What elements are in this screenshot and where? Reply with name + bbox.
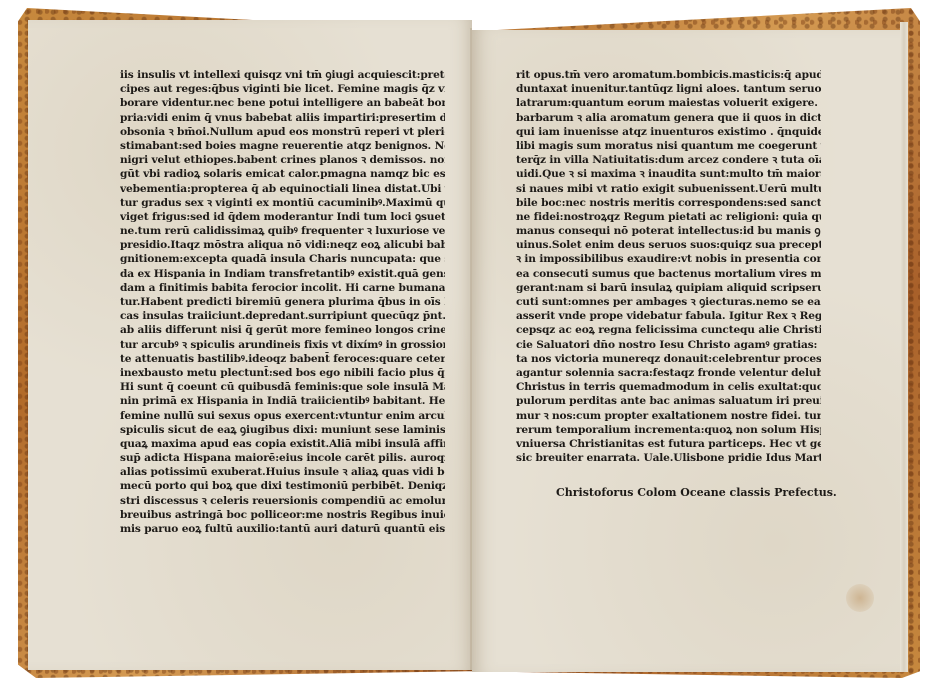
text-line: vebementia:propterea q̄ ab equinoctiali … [120, 182, 445, 196]
text-line: mis paruo eoꝝ fultū auxilio:tantū auri d… [120, 522, 445, 536]
text-line: sic breuiter enarrata. Uale.Ulisbone pri… [516, 451, 821, 465]
text-line: uinus.Solet enim deus seruos suos:quiqz … [516, 238, 821, 252]
text-line: alias potissimū exuberat.Huius insule ꝛ … [120, 465, 445, 479]
text-line: qui iam inuenisse atqz inuenturos existi… [516, 125, 821, 139]
text-line: dam a finitimis babita ferocior incolit.… [120, 281, 445, 295]
text-line: libi magis sum moratus nisi quantum me c… [516, 139, 821, 153]
text-line: cas insulas traiiciunt.depredant.surripi… [120, 309, 445, 323]
text-line: mecū porto qui boꝝ que dixi testimoniū p… [120, 479, 445, 493]
text-line: femine nullū sui sexus opus exercent:vtu… [120, 409, 445, 423]
text-line: nigri velut ethiopes.babent crines plano… [120, 153, 445, 167]
text-line: pria:vidi enim q̄ vnus babebat aliis imp… [120, 111, 445, 125]
text-line: mur ꝛ nos:cum propter exaltationem nostr… [516, 409, 821, 423]
text-line: barbarum ꝛ alia aromatum genera que ii q… [516, 111, 821, 125]
left-page-text: iis insulis vt intellexi quisqz vni tm̄ … [120, 68, 445, 536]
text-line: te attenuatis bastilibꝰ.ideoqz babent̄ f… [120, 352, 445, 366]
text-line: ne.tum rerū calidissimaꝝ quibꝰ frequente… [120, 224, 445, 238]
text-line: ta nos victoria munereqz donauit:celebre… [516, 352, 821, 366]
open-book: iis insulis vt intellexi quisqz vni tm̄ … [0, 0, 948, 698]
text-line: quaꝝ maxima apud eas copia existit.Aliā … [120, 437, 445, 451]
text-line: vniuersa Christianitas est futura partic… [516, 437, 821, 451]
text-line: stri discessus ꝛ celeris reuersionis com… [120, 494, 445, 508]
text-line: tur arcubꝰ ꝛ spiculis arundineis fixis v… [120, 338, 445, 352]
text-line: cie Saluatori dn̄o nostro Iesu Christo a… [516, 338, 821, 352]
text-line: iis insulis vt intellexi quisqz vni tm̄ … [120, 68, 445, 82]
text-line: borare videntur.nec bene potui intellige… [120, 96, 445, 110]
text-line: duntaxat inuenitur.tantūqz ligni aloes. … [516, 82, 821, 96]
text-line: cepsqz ac eoꝝ regna felicissima cunctequ… [516, 323, 821, 337]
right-page-text: rit opus.tm̄ vero aromatum.bombicis.mast… [516, 68, 821, 465]
text-line: ne fidei:nostroꝝqz Regum pietati ac reli… [516, 210, 821, 224]
text-line: Hi sunt q̄ coeunt cū quibusdā feminis:qu… [120, 380, 445, 394]
text-line: da ex Hispania in Indiam transfretantibꝰ… [120, 267, 445, 281]
text-line: tur.Habent predicti biremiū genera pluri… [120, 295, 445, 309]
text-line: gnitionem:excepta quadā insula Charis nu… [120, 252, 445, 266]
text-line: cipes aut reges:q̄bus viginti bie licet.… [120, 82, 445, 96]
signature-line: Christoforus Colom Oceane classis Prefec… [556, 486, 837, 499]
text-line: rerum temporalium incrementa:quoꝝ non so… [516, 423, 821, 437]
text-line: nin primā ex Hispania in Indiā traiicien… [120, 394, 445, 408]
text-line: agantur solennia sacra:festaqz fronde ve… [516, 366, 821, 380]
text-line: spiculis sicut de eaꝝ ꝯiugibus dixi: mun… [120, 423, 445, 437]
text-line: manus consequi nō poterat intellectus:id… [516, 224, 821, 238]
text-line: inexbausto metu plectunt̄:sed bos ego ni… [120, 366, 445, 380]
text-line: viget frigus:sed id q̄dem moderantur Ind… [120, 210, 445, 224]
text-line: obsonia ꝛ bm̄oi.Nullum apud eos monstrū … [120, 125, 445, 139]
text-line: ꝛ in impossibilibus exaudire:vt nobis in… [516, 252, 821, 266]
text-line: latrarum:quantum eorum maiestas voluerit… [516, 96, 821, 110]
text-line: stimabant:sed boies magne reuerentie atq… [120, 139, 445, 153]
foxing-stain [846, 584, 874, 612]
text-line: pulorum perditas ante bac animas saluatu… [516, 394, 821, 408]
text-line: ab aliis differunt nisi q̄ gerūt more fe… [120, 323, 445, 337]
page-edge [900, 22, 908, 672]
text-line: Christus in terris quemadmodum in celis … [516, 380, 821, 394]
text-line: terq̄z in villa Natiuitatis:dum arcez co… [516, 153, 821, 167]
text-line: sup̄ adicta Hispana maiorē:eius incole c… [120, 451, 445, 465]
text-line: ea consecuti sumus que bactenus mortaliu… [516, 267, 821, 281]
text-line: breuibus astringā boc polliceor:me nostr… [120, 508, 445, 522]
text-line: asserit vnde prope videbatur fabula. Igi… [516, 309, 821, 323]
text-line: si naues mibi vt ratio exigit subuenisse… [516, 182, 821, 196]
text-line: uidi.Que ꝛ si maxima ꝛ inaudita sunt:mul… [516, 167, 821, 181]
text-line: tur gradus sex ꝛ viginti ex montiū cacum… [120, 196, 445, 210]
text-line: cuti sunt:omnes per ambages ꝛ ꝯiecturas.… [516, 295, 821, 309]
text-line: rit opus.tm̄ vero aromatum.bombicis.mast… [516, 68, 821, 82]
text-line: gerant:nam si barū insulaꝝ quipiam aliqu… [516, 281, 821, 295]
text-line: presidio.Itaqz mōstra aliqua nō vidi:neq… [120, 238, 445, 252]
book-gutter [470, 28, 472, 670]
text-line: bile boc:nec nostris meritis corresponde… [516, 196, 821, 210]
text-line: gūt vbi radioꝝ solaris emicat calor.pmag… [120, 167, 445, 181]
